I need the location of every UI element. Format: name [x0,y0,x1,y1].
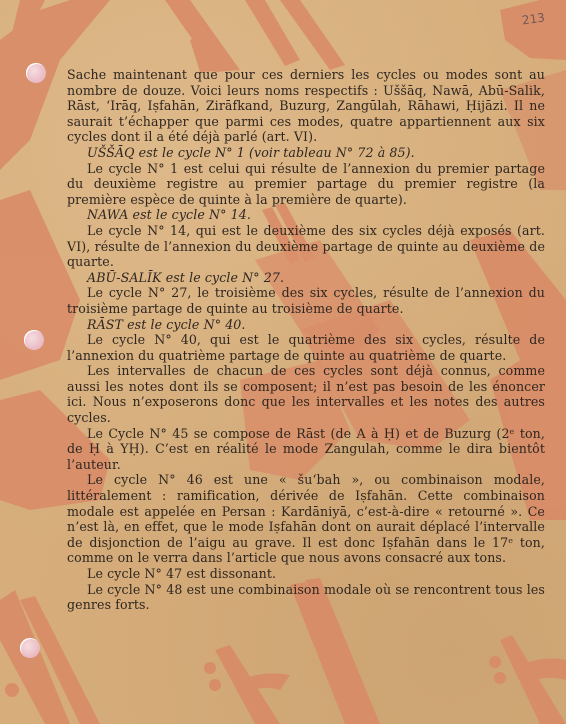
punch-hole-bottom [20,638,40,658]
paragraph-cycle-45: Le Cycle N° 45 se compose de Rāst (de A … [67,426,545,473]
heading-abu-salik: ABŪ-SALĪK est le cycle N° 27. [67,270,545,286]
punch-hole-top [26,63,46,83]
heading-ussaq: UŠŠĀQ est le cycle N° 1 (voir tableau N°… [67,145,545,161]
paragraph-cycle-48: Le cycle N° 48 est une combinaison modal… [67,582,545,613]
paragraph-intro: Sache maintenant que pour ces derniers l… [67,67,545,145]
heading-rast: RĀST est le cycle N° 40. [67,317,545,333]
paragraph-cycle-14: Le cycle N° 14, qui est le deuxième des … [67,223,545,270]
body-text: Sache maintenant que pour ces derniers l… [67,67,545,613]
paragraph-cycle-1: Le cycle N° 1 est celui qui résulte de l… [67,161,545,208]
scanned-page: 213 Sache maintenant que pour ces dernie… [0,0,566,724]
paragraph-cycle-40: Le cycle N° 40, qui est le quatrième des… [67,332,545,363]
paragraph-cycle-46: Le cycle N° 46 est une « šu‘bah », ou co… [67,472,545,566]
heading-nawa: NAWA est le cycle N° 14. [67,207,545,223]
paragraph-cycle-27: Le cycle N° 27, le troisième des six cyc… [67,285,545,316]
punch-hole-middle [24,330,44,350]
paragraph-cycle-47: Le cycle N° 47 est dissonant. [67,566,545,582]
paragraph-intervals: Les intervalles de chacun de ces cycles … [67,363,545,425]
handwritten-page-number: 213 [521,10,546,27]
